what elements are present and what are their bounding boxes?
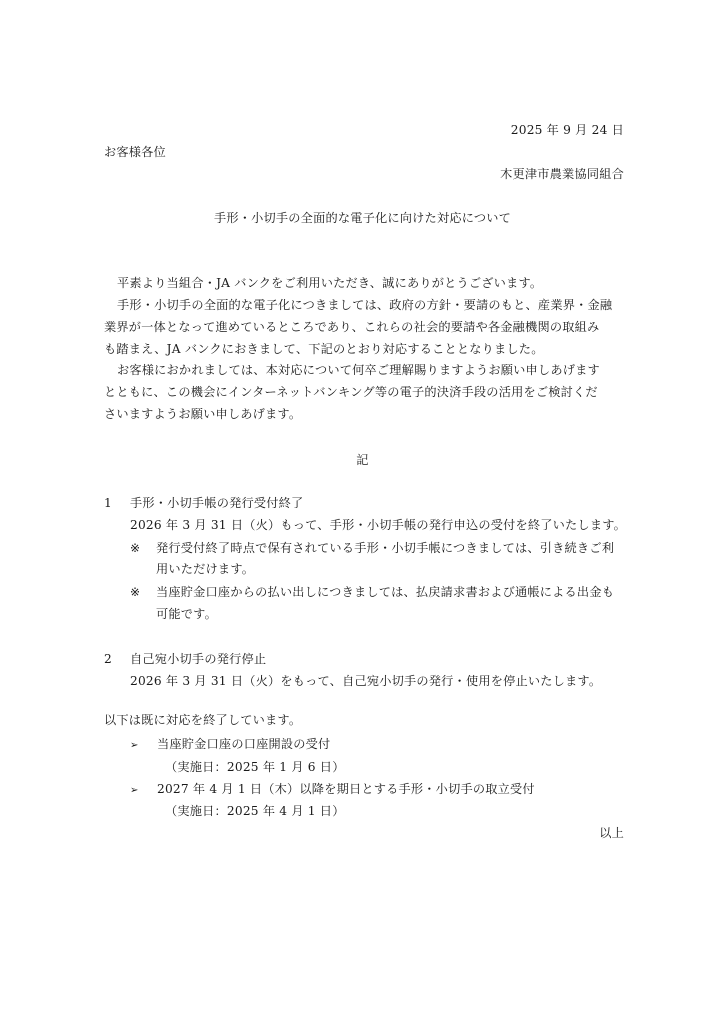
bullet-text: 当座貯金口座の口座開設の受付: [157, 737, 330, 751]
note-text: 当座貯金口座からの払い出しにつきましては、払戻請求書および通帳による出金も: [156, 585, 614, 599]
arrow-bullet-icon: ➢: [130, 738, 157, 754]
completed-intro: 以下は既に対応を終了しています。: [104, 712, 301, 728]
completed-bullet: ➢当座貯金口座の口座開設の受付: [130, 736, 330, 754]
completed-bullet: ➢2027 年 4 月 1 日（木）以降を期日とする手形・小切手の取立受付: [130, 781, 535, 799]
note-text: 可能です。: [156, 606, 217, 622]
note-text: 発行受付終了時点で保有されている手形・小切手帳につきましては、引き続きご利: [156, 541, 614, 555]
note-line: ※当座貯金口座からの払い出しにつきましては、払戻請求書および通帳による出金も: [130, 584, 614, 600]
note-line: ※発行受付終了時点で保有されている手形・小切手帳につきましては、引き続きご利: [130, 540, 614, 556]
item-text: 2026 年 3 月 31 日（火）をもって、自己宛小切手の発行・使用を停止いた…: [130, 673, 601, 689]
arrow-bullet-icon: ➢: [130, 783, 157, 799]
document-date: 2025 年 9 月 24 日: [511, 122, 624, 138]
item-heading: 2自己宛小切手の発行停止: [104, 651, 266, 667]
ki-heading: 記: [0, 452, 725, 468]
body-line: さいますようお願い申しあげます。: [104, 406, 301, 422]
reference-mark-icon: ※: [130, 584, 156, 600]
addressee: お客様各位: [104, 144, 166, 160]
item-text: 2026 年 3 月 31 日（火）もって、手形・小切手帳の発行申込の受付を終了…: [130, 517, 626, 533]
body-line: 業界が一体となって進めているところであり、これらの社会的要請や各金融機関の取組み: [104, 319, 599, 335]
document-title: 手形・小切手の全面的な電子化に向けた対応について: [0, 210, 725, 226]
sender-name: 木更津市農業協同組合: [500, 166, 624, 182]
bullet-date: （実施日：2025 年 4 月 1 日）: [165, 803, 345, 819]
note-text: 用いただけます。: [156, 561, 254, 577]
bullet-text: 2027 年 4 月 1 日（木）以降を期日とする手形・小切手の取立受付: [157, 782, 535, 796]
body-line: とともに、この機会にインターネットバンキング等の電子的決済手段の活用をご検討くだ: [104, 384, 598, 400]
closing-mark: 以上: [599, 825, 624, 841]
bullet-date: （実施日：2025 年 1 月 6 日）: [165, 759, 345, 775]
item-heading-text: 手形・小切手帳の発行受付終了: [130, 496, 303, 510]
item-number: 2: [104, 651, 130, 667]
body-line: 平素より当組合・JA バンクをご利用いただき、誠にありがとうございます。: [117, 275, 542, 291]
item-number: 1: [104, 495, 130, 511]
body-line: も踏まえ、JA バンクにおきまして、下記のとおり対応することとなりました。: [104, 341, 544, 357]
item-heading-text: 自己宛小切手の発行停止: [130, 652, 266, 666]
item-heading: 1手形・小切手帳の発行受付終了: [104, 495, 303, 511]
body-line: お客様におかれましては、本対応について何卒ご理解賜りますようお願い申しあげます: [117, 362, 600, 378]
reference-mark-icon: ※: [130, 540, 156, 556]
document-page: 2025 年 9 月 24 日 お客様各位 木更津市農業協同組合 手形・小切手の…: [0, 0, 725, 1024]
body-line: 手形・小切手の全面的な電子化につきましては、政府の方針・要請のもと、産業界・金融: [117, 297, 612, 313]
